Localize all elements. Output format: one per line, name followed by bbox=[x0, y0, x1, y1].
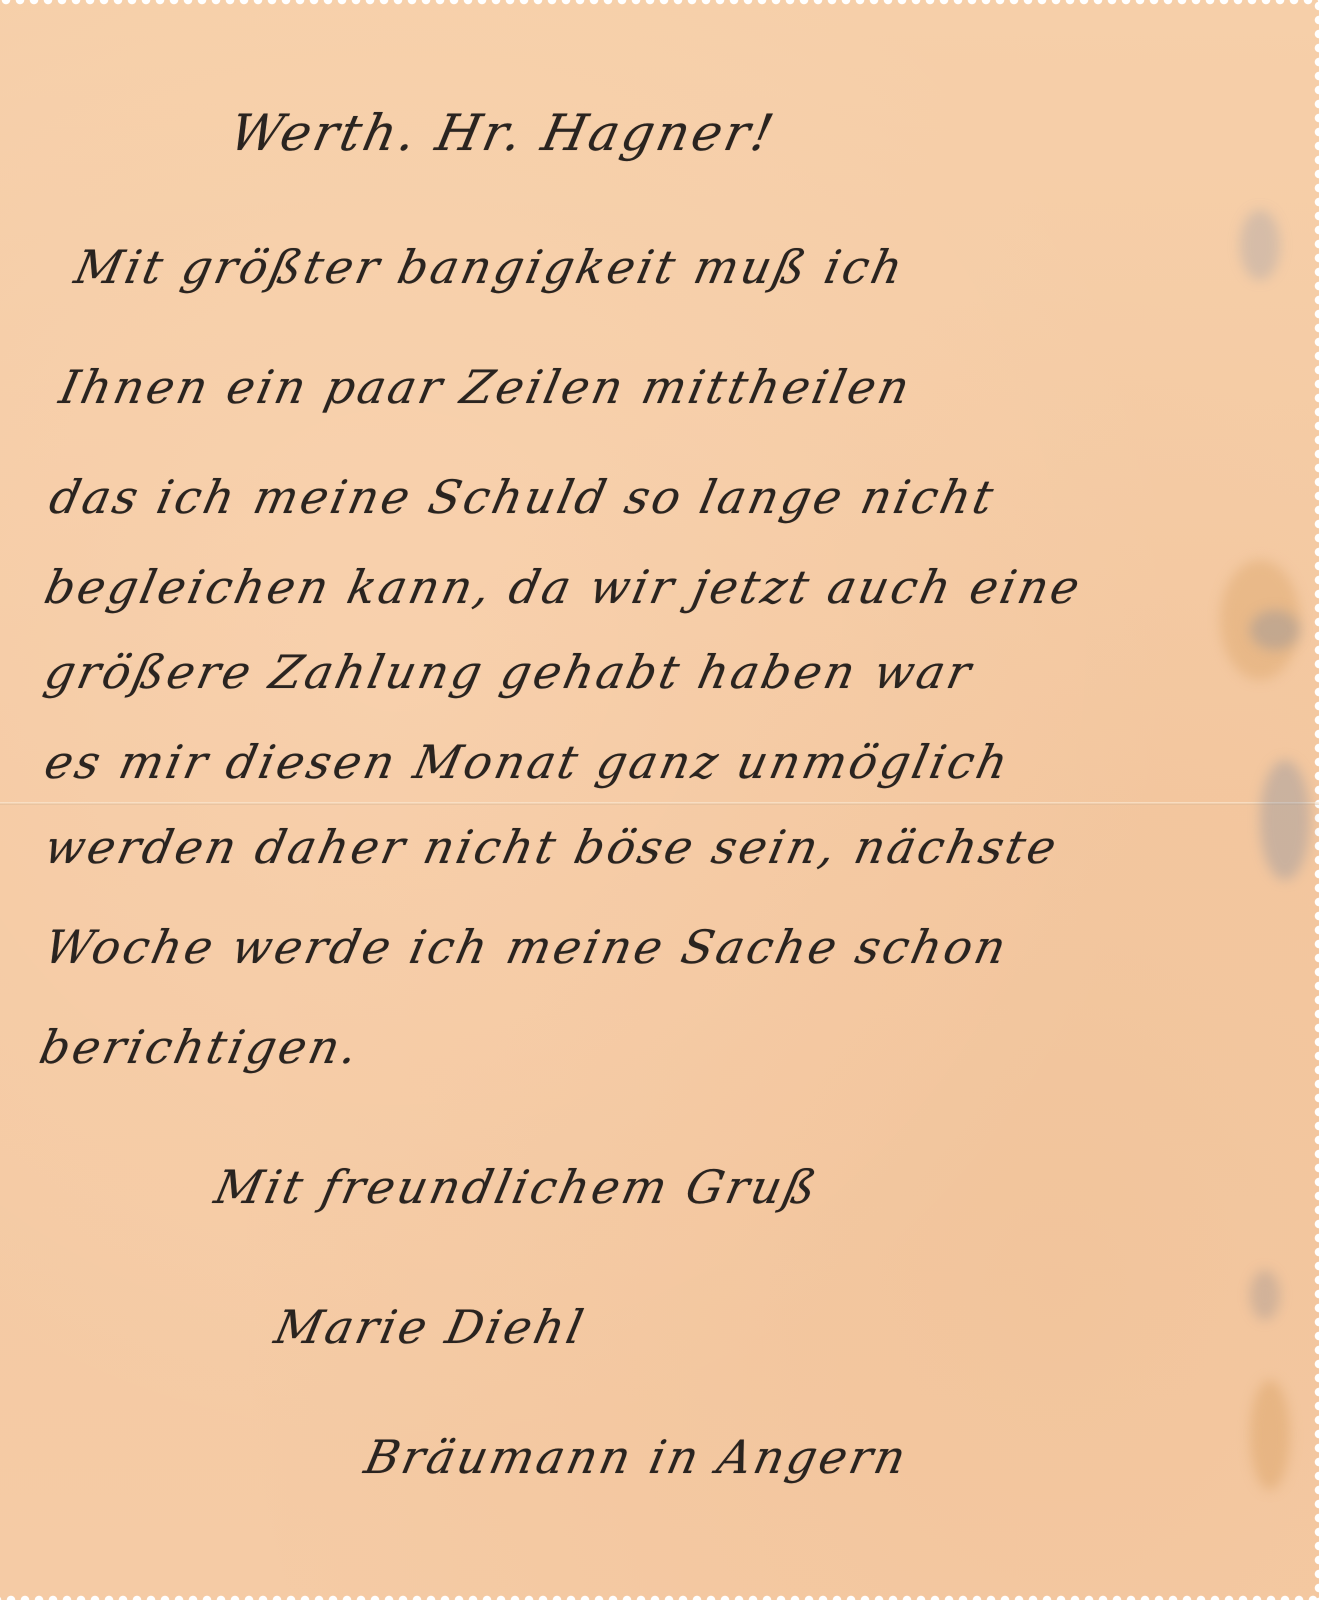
body-line: es mir diesen Monat ganz unmöglich bbox=[40, 735, 1015, 789]
closing: Mit freundlichem Gruß bbox=[210, 1160, 824, 1214]
body-line: das ich meine Schuld so lange nicht bbox=[45, 470, 1001, 524]
signature: Marie Diehl bbox=[270, 1300, 591, 1354]
letter-text: Werth. Hr. Hagner! Mit größter bangigkei… bbox=[0, 0, 1319, 1600]
body-line: Ihnen ein paar Zeilen mittheilen bbox=[55, 360, 917, 414]
body-line: werden daher nicht böse sein, nächste bbox=[40, 820, 1064, 874]
body-line: berichtigen. bbox=[35, 1020, 365, 1074]
letter-paper: Werth. Hr. Hagner! Mit größter bangigkei… bbox=[0, 0, 1319, 1600]
body-line: größere Zahlung gehabt haben war bbox=[40, 645, 978, 699]
salutation: Werth. Hr. Hagner! bbox=[225, 104, 781, 162]
body-line: begleichen kann, da wir jetzt auch eine bbox=[40, 560, 1087, 614]
body-line: Woche werde ich meine Sache schon bbox=[40, 920, 1014, 974]
sender-location: Bräumann in Angern bbox=[360, 1430, 913, 1484]
body-line: Mit größter bangigkeit muß ich bbox=[70, 240, 910, 294]
